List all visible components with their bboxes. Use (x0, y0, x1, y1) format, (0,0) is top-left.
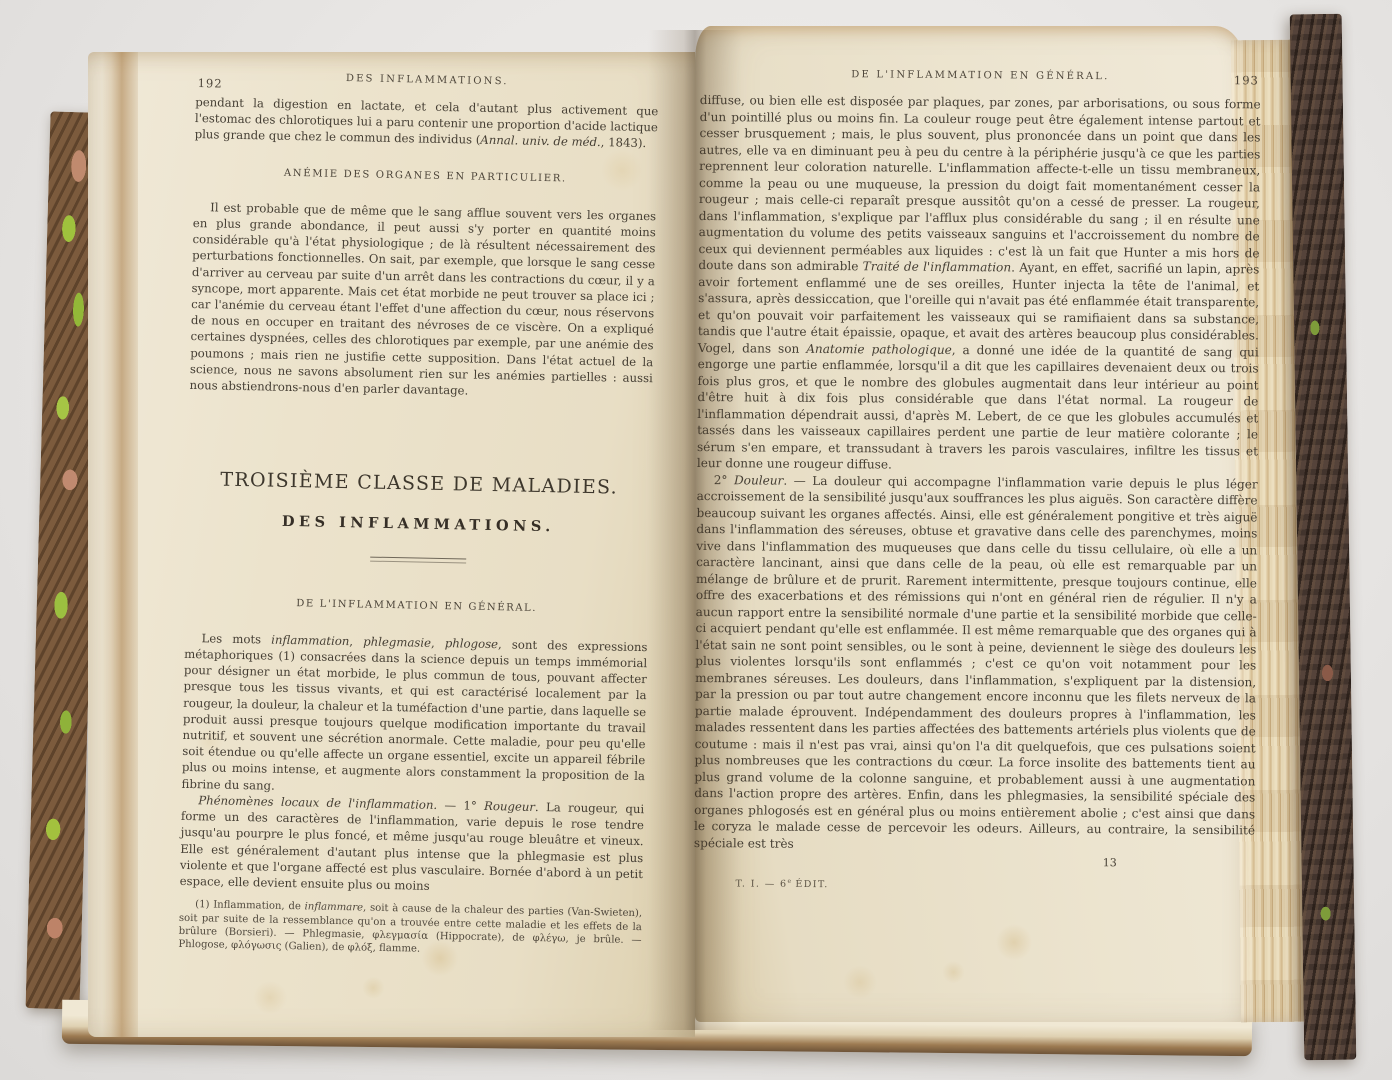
book-photo: 192 DES INFLAMMATIONS. pendant la digest… (0, 0, 1392, 1080)
rougeur-continuation-paragraph: diffuse, ou bien elle est disposée par p… (697, 92, 1261, 476)
class-heading: TROISIÈME CLASSE DE MALADIES. (188, 471, 651, 496)
anemie-heading: ANÉMIE DES ORGANES EN PARTICULIER. (194, 164, 657, 189)
footnote: (1) Inflammation, de inflammare, soit à … (178, 898, 642, 961)
squiggle-divider (200, 417, 640, 436)
general-heading: DE L'INFLAMMATION EN GÉNÉRAL. (185, 594, 648, 619)
class-subheading: DES INFLAMMATIONS. (187, 512, 650, 537)
intro-paragraph: pendant la digestion en lactate, et cela… (195, 94, 659, 152)
anemie-paragraph: Il est probable que de même que le sang … (189, 199, 656, 403)
right-page-number: 193 (1234, 72, 1259, 89)
heading-rule (370, 556, 466, 563)
left-page-text: 192 DES INFLAMMATIONS. pendant la digest… (178, 68, 659, 961)
douleur-paragraph: 2° Douleur. — La douleur qui accompagne … (694, 471, 1258, 855)
right-running-head: DE L'INFLAMMATION EN GÉNÉRAL. (851, 69, 1109, 82)
right-page-text: DE L'INFLAMMATION EN GÉNÉRAL. 193 diffus… (694, 66, 1261, 897)
les-mots-paragraph: Les mots inflammation, phlegmasie, phlog… (181, 630, 647, 801)
left-running-head: DES INFLAMMATIONS. (346, 73, 509, 87)
left-page-number: 192 (198, 75, 223, 92)
right-running-head-row: DE L'INFLAMMATION EN GÉNÉRAL. 193 (700, 66, 1261, 88)
phenomenes-paragraph: Phénomènes locaux de l'inflammation. — 1… (180, 792, 645, 898)
sheet-number: 13 (694, 852, 1255, 873)
